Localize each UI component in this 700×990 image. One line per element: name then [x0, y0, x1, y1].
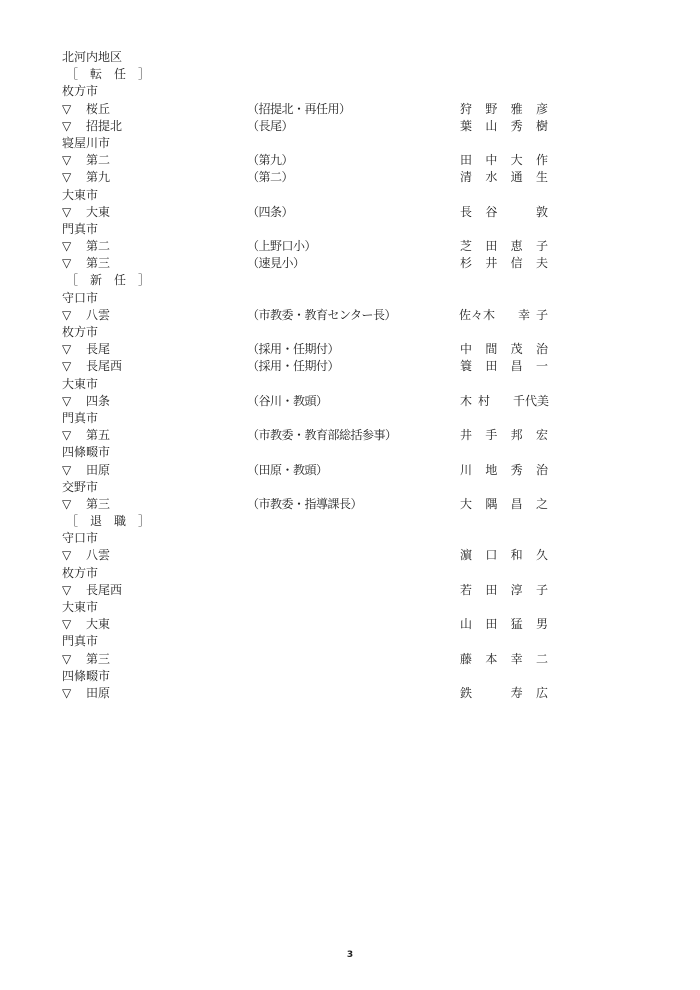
name-character: 田	[484, 238, 498, 255]
name-character: 一	[535, 358, 549, 375]
personnel-entry: ▽桜丘（招提北・再任用）狩野雅彦	[62, 101, 562, 118]
name-character: 秀	[510, 118, 524, 135]
city-heading: 枚方市	[62, 565, 562, 582]
name-character: 谷	[484, 204, 498, 221]
school-name: 招提北	[86, 118, 122, 135]
name-character: 山	[484, 118, 498, 135]
personnel-entry: ▽第九（第二）清水通生	[62, 169, 562, 186]
triangle-marker-icon: ▽	[62, 685, 76, 702]
triangle-marker-icon: ▽	[62, 101, 76, 118]
name-character: 作	[535, 152, 549, 169]
city-heading: 大東市	[62, 599, 562, 616]
name-character: 簑	[459, 358, 473, 375]
name-character: 田	[459, 152, 473, 169]
city-heading: 大東市	[62, 376, 562, 393]
triangle-marker-icon: ▽	[62, 651, 76, 668]
triangle-marker-icon: ▽	[62, 238, 76, 255]
triangle-marker-icon: ▽	[62, 204, 76, 221]
name-character: 間	[484, 341, 498, 358]
name-character: 之	[535, 496, 549, 513]
document-page: 北河内地区 ［ 転 任 ］枚方市▽桜丘（招提北・再任用）狩野雅彦▽招提北（長尾）…	[0, 0, 700, 990]
person-name: 井手邦宏	[459, 427, 549, 444]
name-character: 幸	[510, 651, 524, 668]
personnel-entry: ▽招提北（長尾）葉山秀樹	[62, 118, 562, 135]
personnel-entry: ▽長尾西若田淳子	[62, 582, 562, 599]
previous-post: （第九）	[247, 152, 293, 169]
triangle-marker-icon: ▽	[62, 118, 76, 135]
name-character: 昌	[510, 358, 524, 375]
person-name: 芝田恵子	[459, 238, 549, 255]
previous-post: （採用・任期付）	[247, 341, 339, 358]
name-character: 大	[459, 496, 473, 513]
name-character: 治	[535, 341, 549, 358]
triangle-marker-icon: ▽	[62, 341, 76, 358]
name-character: 幸	[517, 307, 531, 324]
name-character: 若	[459, 582, 473, 599]
triangle-marker-icon: ▽	[62, 358, 76, 375]
school-name: 第九	[86, 169, 110, 186]
person-name: 山田猛男	[459, 616, 549, 633]
person-name: 若田淳子	[459, 582, 549, 599]
previous-post: （速見小）	[247, 255, 305, 272]
personnel-entry: ▽八雲濵口和久	[62, 547, 562, 564]
triangle-marker-icon: ▽	[62, 582, 76, 599]
name-character: 生	[535, 169, 549, 186]
name-character: 地	[484, 462, 498, 479]
city-heading: 門真市	[62, 221, 562, 238]
name-character: 信	[510, 255, 524, 272]
name-character: 井	[484, 255, 498, 272]
person-name: 鉄寿広	[459, 685, 549, 702]
name-character: 葉	[459, 118, 473, 135]
name-character: 邦	[510, 427, 524, 444]
person-name: 杉井信夫	[459, 255, 549, 272]
name-character: 清	[459, 169, 473, 186]
name-character: 治	[535, 462, 549, 479]
name-character: 茂	[510, 341, 524, 358]
name-character: 猛	[510, 616, 524, 633]
person-name: 藤本幸二	[459, 651, 549, 668]
personnel-entry: ▽大東（四条）長谷敦	[62, 204, 562, 221]
name-character: 田	[484, 616, 498, 633]
school-name: 大東	[86, 204, 110, 221]
personnel-entry: ▽田原（田原・教頭）川地秀治	[62, 462, 562, 479]
name-character: 村	[477, 393, 491, 410]
name-character: 木	[459, 393, 473, 410]
name-character: 子	[535, 238, 549, 255]
name-character	[484, 685, 498, 702]
city-heading: 大東市	[62, 187, 562, 204]
city-heading: 寝屋川市	[62, 135, 562, 152]
personnel-entry: ▽長尾西（採用・任期付）簑田昌一	[62, 358, 562, 375]
name-character: 濵	[459, 547, 473, 564]
name-character: 隅	[484, 496, 498, 513]
personnel-entry: ▽第五（市教委・教育部総括参事）井手邦宏	[62, 427, 562, 444]
city-heading: 交野市	[62, 479, 562, 496]
school-name: 第二	[86, 152, 110, 169]
previous-post: （採用・任期付）	[247, 358, 339, 375]
previous-post: （谷川・教頭）	[247, 393, 328, 410]
name-character	[495, 393, 509, 410]
triangle-marker-icon: ▽	[62, 393, 76, 410]
name-character: 恵	[510, 238, 524, 255]
school-name: 第三	[86, 651, 110, 668]
section-heading: ［ 退 職 ］	[62, 513, 562, 530]
school-name: 第二	[86, 238, 110, 255]
person-name: 長谷敦	[459, 204, 549, 221]
name-character: 淳	[510, 582, 524, 599]
name-character: 彦	[535, 101, 549, 118]
name-character: 鉄	[459, 685, 473, 702]
personnel-entry: ▽第三藤本幸二	[62, 651, 562, 668]
previous-post: （市教委・指導課長）	[247, 496, 362, 513]
name-character: 野	[484, 101, 498, 118]
name-character: 芝	[459, 238, 473, 255]
person-name: 佐々木幸子	[459, 307, 549, 324]
previous-post: （第二）	[247, 169, 293, 186]
name-character: 川	[459, 462, 473, 479]
name-character: 口	[484, 547, 498, 564]
previous-post: （市教委・教育センター長）	[247, 307, 396, 324]
name-character: 樹	[535, 118, 549, 135]
name-character: 宏	[535, 427, 549, 444]
name-character: 久	[535, 547, 549, 564]
personnel-entry: ▽八雲（市教委・教育センター長）佐々木幸子	[62, 307, 562, 324]
name-character: 中	[459, 341, 473, 358]
school-name: 八雲	[86, 307, 110, 324]
name-character: 夫	[535, 255, 549, 272]
name-character: 佐々木	[459, 307, 495, 324]
triangle-marker-icon: ▽	[62, 462, 76, 479]
triangle-marker-icon: ▽	[62, 496, 76, 513]
personnel-entry: ▽第二（上野口小）芝田恵子	[62, 238, 562, 255]
city-heading: 四條畷市	[62, 444, 562, 461]
name-character: 長	[459, 204, 473, 221]
city-heading: 枚方市	[62, 83, 562, 100]
school-name: 第五	[86, 427, 110, 444]
name-character: 寿	[510, 685, 524, 702]
school-name: 田原	[86, 685, 110, 702]
school-name: 四条	[86, 393, 110, 410]
name-character: 雅	[510, 101, 524, 118]
personnel-entry: ▽長尾（採用・任期付）中間茂治	[62, 341, 562, 358]
personnel-entry: ▽第三（速見小）杉井信夫	[62, 255, 562, 272]
school-name: 第三	[86, 496, 110, 513]
person-name: 清水通生	[459, 169, 549, 186]
name-character	[510, 204, 524, 221]
name-character: 通	[510, 169, 524, 186]
previous-post: （田原・教頭）	[247, 462, 328, 479]
name-character: 田	[484, 582, 498, 599]
previous-post: （四条）	[247, 204, 293, 221]
triangle-marker-icon: ▽	[62, 547, 76, 564]
city-heading: 守口市	[62, 290, 562, 307]
person-name: 木村千代美	[459, 393, 549, 410]
school-name: 大東	[86, 616, 110, 633]
triangle-marker-icon: ▽	[62, 616, 76, 633]
school-name: 桜丘	[86, 101, 110, 118]
name-character: 杉	[459, 255, 473, 272]
person-name: 狩野雅彦	[459, 101, 549, 118]
name-character	[499, 307, 513, 324]
city-heading: 門真市	[62, 633, 562, 650]
name-character: 水	[484, 169, 498, 186]
triangle-marker-icon: ▽	[62, 307, 76, 324]
personnel-entry: ▽四条（谷川・教頭）木村千代美	[62, 393, 562, 410]
person-name: 大隅昌之	[459, 496, 549, 513]
person-name: 田中大作	[459, 152, 549, 169]
page-number: 3	[0, 950, 700, 960]
previous-post: （市教委・教育部総括参事）	[247, 427, 397, 444]
name-character: 山	[459, 616, 473, 633]
name-character: 狩	[459, 101, 473, 118]
school-name: 長尾西	[86, 358, 122, 375]
name-character: 男	[535, 616, 549, 633]
name-character: 田	[484, 358, 498, 375]
school-name: 第三	[86, 255, 110, 272]
city-heading: 四條畷市	[62, 668, 562, 685]
triangle-marker-icon: ▽	[62, 152, 76, 169]
name-character: 敦	[535, 204, 549, 221]
region-title: 北河内地区	[62, 49, 562, 66]
name-character: 子	[535, 582, 549, 599]
personnel-entry: ▽大東山田猛男	[62, 616, 562, 633]
city-heading: 門真市	[62, 410, 562, 427]
personnel-entry: ▽第三（市教委・指導課長）大隅昌之	[62, 496, 562, 513]
school-name: 長尾	[86, 341, 110, 358]
school-name: 長尾西	[86, 582, 122, 599]
section-heading: ［ 転 任 ］	[62, 66, 562, 83]
personnel-entry: ▽田原鉄寿広	[62, 685, 562, 702]
previous-post: （上野口小）	[247, 238, 316, 255]
name-character: 中	[484, 152, 498, 169]
personnel-list: 北河内地区 ［ 転 任 ］枚方市▽桜丘（招提北・再任用）狩野雅彦▽招提北（長尾）…	[62, 49, 562, 702]
person-name: 濵口和久	[459, 547, 549, 564]
city-heading: 枚方市	[62, 324, 562, 341]
triangle-marker-icon: ▽	[62, 169, 76, 186]
city-heading: 守口市	[62, 530, 562, 547]
name-character: 広	[535, 685, 549, 702]
person-name: 葉山秀樹	[459, 118, 549, 135]
name-character: 子	[535, 307, 549, 324]
name-character: 秀	[510, 462, 524, 479]
name-character: 井	[459, 427, 473, 444]
name-character: 二	[535, 651, 549, 668]
name-character: 手	[484, 427, 498, 444]
person-name: 簑田昌一	[459, 358, 549, 375]
section-heading: ［ 新 任 ］	[62, 272, 562, 289]
name-character: 昌	[510, 496, 524, 513]
triangle-marker-icon: ▽	[62, 255, 76, 272]
triangle-marker-icon: ▽	[62, 427, 76, 444]
previous-post: （長尾）	[247, 118, 293, 135]
name-character: 本	[484, 651, 498, 668]
person-name: 中間茂治	[459, 341, 549, 358]
name-character: 藤	[459, 651, 473, 668]
name-character: 大	[510, 152, 524, 169]
person-name: 川地秀治	[459, 462, 549, 479]
personnel-entry: ▽第二（第九）田中大作	[62, 152, 562, 169]
name-character: 和	[510, 547, 524, 564]
previous-post: （招提北・再任用）	[247, 101, 351, 118]
school-name: 八雲	[86, 547, 110, 564]
school-name: 田原	[86, 462, 110, 479]
name-character: 千代美	[513, 393, 549, 410]
